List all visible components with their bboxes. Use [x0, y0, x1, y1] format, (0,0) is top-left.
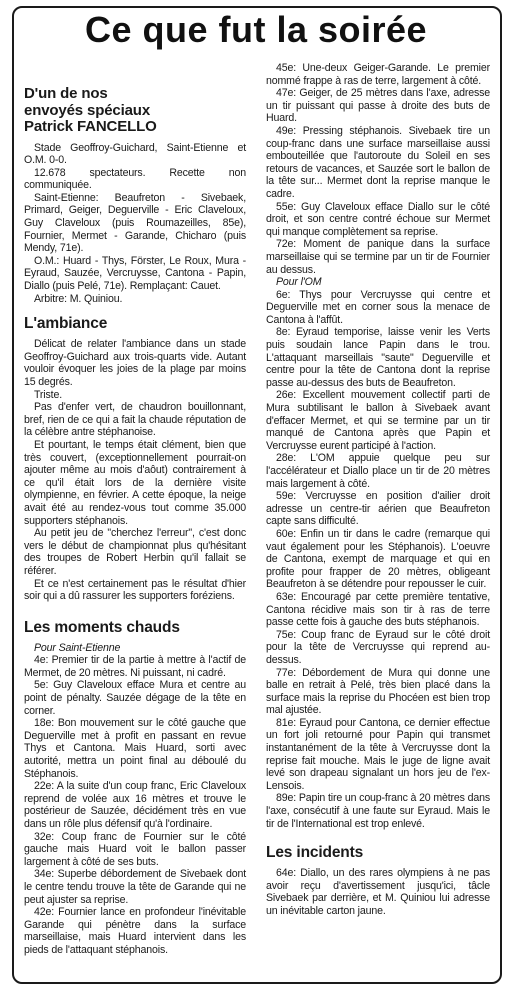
paragraph: Et pourtant, le temps était clément, bie…: [24, 439, 246, 527]
byline-line-2: envoyés spéciaux: [24, 103, 246, 120]
section-title-ambiance: L'ambiance: [24, 315, 246, 333]
paragraph: Délicat de relater l'ambiance dans un st…: [24, 338, 246, 388]
event-item: 75e: Coup franc de Eyraud sur le côté dr…: [266, 629, 490, 667]
event-item: 42e: Fournier lance en profondeur l'inév…: [24, 906, 246, 956]
ambiance-section: Délicat de relater l'ambiance dans un st…: [24, 338, 246, 602]
paragraph: Triste.: [24, 389, 246, 402]
lineup-saint-etienne: Saint-Etienne: Beaufreton - Sivebaek, Pr…: [24, 192, 246, 255]
paragraph: 64e: Diallo, un des rares olympiens à ne…: [266, 867, 490, 917]
paragraph: Et ce n'est certainement pas le résultat…: [24, 578, 246, 603]
byline-author: Patrick FANCELLO: [24, 119, 246, 136]
right-column: 45e: Une-deux Geiger-Garande. Le premier…: [266, 62, 490, 918]
event-item: 89e: Papin tire un coup-franc à 20 mètre…: [266, 792, 490, 830]
moments-section: Pour Saint-Etienne 4e: Premier tir de la…: [24, 642, 246, 957]
event-item: 72e: Moment de panique dans la surface m…: [266, 238, 490, 276]
paragraph: Au petit jeu de "cherchez l'erreur", c'e…: [24, 527, 246, 577]
subsection-om: Pour l'OM: [266, 276, 490, 289]
event-item: 18e: Bon mouvement sur le côté gauche qu…: [24, 717, 246, 780]
event-item: 34e: Superbe débordement de Sivebaek don…: [24, 868, 246, 906]
event-item: 6e: Thys pour Vercruysse qui centre et D…: [266, 289, 490, 327]
event-item: 5e: Guy Claveloux efface Mura et centre …: [24, 679, 246, 717]
lineup-om: O.M.: Huard - Thys, Förster, Le Roux, Mu…: [24, 255, 246, 293]
subsection-saint-etienne: Pour Saint-Etienne: [24, 642, 246, 655]
headline: Ce que fut la soirée: [14, 8, 498, 52]
byline: D'un de nos envoyés spéciaux Patrick FAN…: [24, 86, 246, 136]
byline-line-1: D'un de nos: [24, 86, 246, 103]
section-title-incidents: Les incidents: [266, 844, 490, 862]
event-item: 77e: Débordement de Mura qui donne une b…: [266, 667, 490, 717]
event-item: 60e: Enfin un tir dans le cadre (remarqu…: [266, 528, 490, 591]
event-item: 45e: Une-deux Geiger-Garande. Le premier…: [266, 62, 490, 87]
event-item: 47e: Geiger, de 25 mètres dans l'axe, ad…: [266, 87, 490, 125]
paragraph: Pas d'enfer vert, de chaudron bouillonna…: [24, 401, 246, 439]
referee: Arbitre: M. Quiniou.: [24, 293, 246, 306]
event-item: 8e: Eyraud temporise, laisse venir les V…: [266, 326, 490, 389]
match-venue-score: Stade Geoffroy-Guichard, Saint-Etienne e…: [24, 142, 246, 167]
event-item: 59e: Vercruysse en position d'ailier dro…: [266, 490, 490, 528]
event-item: 4e: Premier tir de la partie à mettre à …: [24, 654, 246, 679]
event-item: 55e: Guy Claveloux efface Diallo sur le …: [266, 201, 490, 239]
match-info: Stade Geoffroy-Guichard, Saint-Etienne e…: [24, 142, 246, 306]
section-title-moments: Les moments chauds: [24, 619, 246, 637]
event-item: 63e: Encouragé par cette première tentat…: [266, 591, 490, 629]
event-item: 32e: Coup franc de Fournier sur le côté …: [24, 831, 246, 869]
match-attendance: 12.678 spectateurs. Recette non communiq…: [24, 167, 246, 192]
event-item: 26e: Excellent mouvement collectif parti…: [266, 389, 490, 452]
event-item: 49e: Pressing stéphanois. Sivebaek tire …: [266, 125, 490, 201]
event-item: 22e: A la suite d'un coup franc, Eric Cl…: [24, 780, 246, 830]
event-item: 28e: L'OM appuie quelque peu sur l'accél…: [266, 452, 490, 490]
event-item: 81e: Eyraud pour Cantona, ce dernier eff…: [266, 717, 490, 793]
left-column: D'un de nos envoyés spéciaux Patrick FAN…: [24, 74, 246, 957]
incidents-section: 64e: Diallo, un des rares olympiens à ne…: [266, 867, 490, 917]
